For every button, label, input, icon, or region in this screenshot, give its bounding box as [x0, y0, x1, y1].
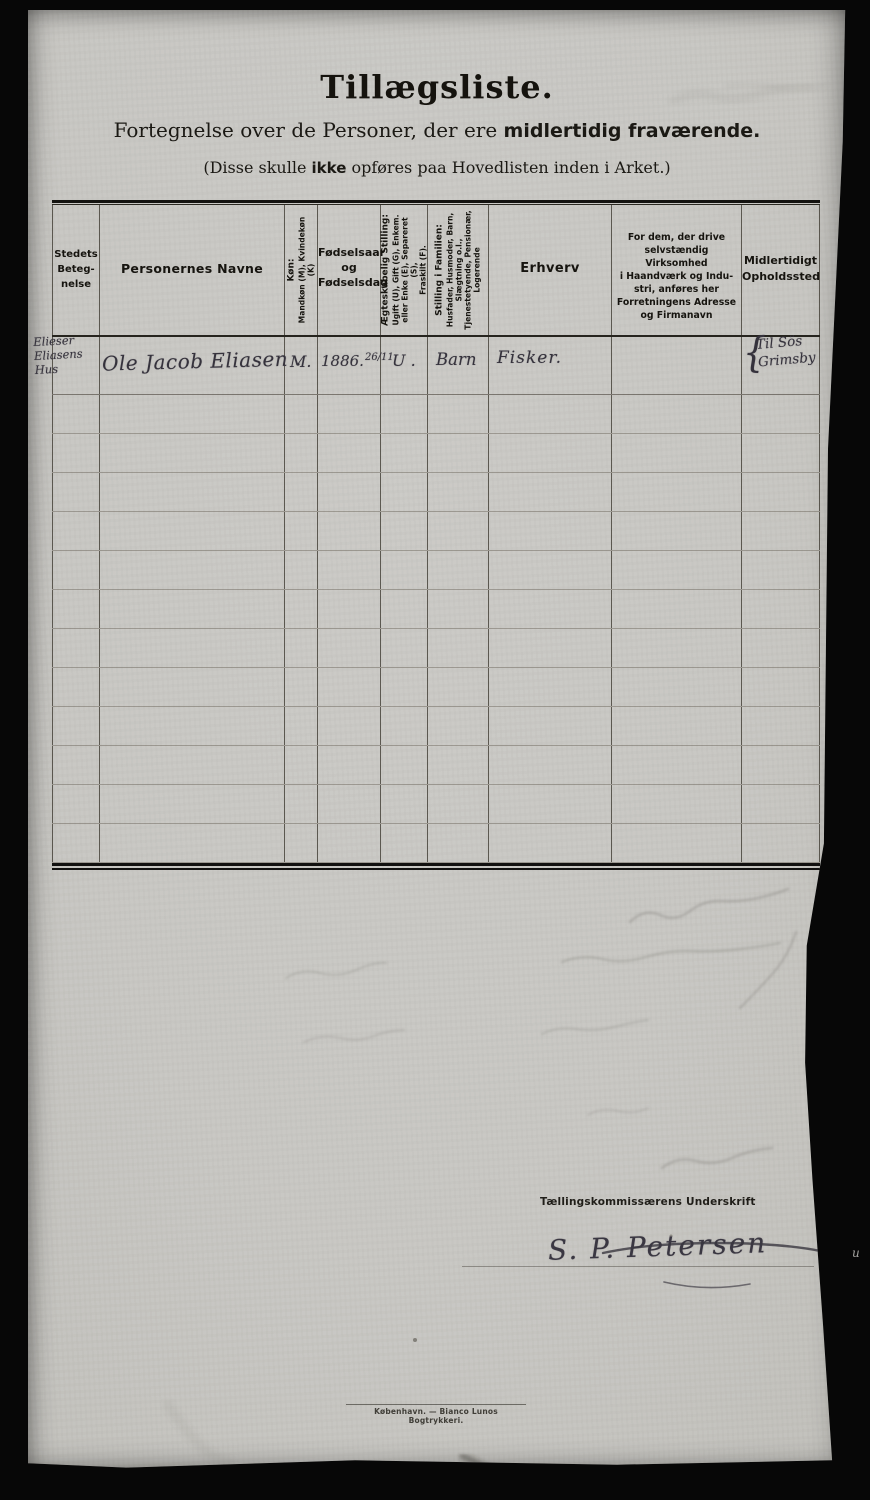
empty-cell	[612, 824, 742, 862]
empty-cell	[742, 707, 820, 745]
form-subtitle: Fortegnelse over de Personer, der ere mi…	[28, 118, 846, 142]
empty-cell	[318, 473, 381, 511]
empty-cell	[381, 590, 428, 628]
subtitle-emphasis: midlertidig fraværende.	[504, 120, 761, 142]
empty-cell	[100, 551, 285, 589]
empty-table-row	[52, 512, 820, 551]
header-business: For dem, der drive selvstændig Virksomhe…	[612, 205, 742, 335]
empty-cell	[428, 434, 489, 472]
empty-cell	[285, 668, 318, 706]
header-marital: Ægteskabelig Stilling: Ugift (U), Gift (…	[381, 205, 428, 335]
empty-cell	[100, 629, 285, 667]
empty-cell	[285, 629, 318, 667]
scan-margin-mark: u	[852, 1246, 860, 1260]
empty-cell	[52, 551, 100, 589]
empty-cell	[428, 785, 489, 823]
empty-cell	[381, 668, 428, 706]
empty-cell	[612, 668, 742, 706]
entry-occupation-value: Fisker.	[497, 348, 562, 368]
empty-cell	[100, 512, 285, 550]
empty-cell	[52, 629, 100, 667]
header-family: Stilling i Familien: Husfader, Husmoder,…	[428, 205, 489, 335]
empty-cell	[318, 551, 381, 589]
empty-cell	[318, 785, 381, 823]
empty-cell	[100, 668, 285, 706]
empty-cell	[285, 473, 318, 511]
empty-cell	[381, 551, 428, 589]
empty-cell	[742, 434, 820, 472]
empty-cell	[52, 512, 100, 550]
empty-cell	[100, 590, 285, 628]
empty-cell	[489, 512, 612, 550]
subtitle-regular: Fortegnelse over de Personer, der ere	[114, 118, 498, 142]
empty-cell	[318, 629, 381, 667]
header-business-line: Forretningens Adresse	[617, 297, 736, 308]
empty-cell	[381, 512, 428, 550]
empty-table-row	[52, 824, 820, 863]
empty-cell	[318, 668, 381, 706]
empty-cell	[489, 434, 612, 472]
entry-marital-cell: U .	[381, 337, 428, 394]
empty-table-row	[52, 629, 820, 668]
empty-cell	[489, 707, 612, 745]
empty-cell	[52, 395, 100, 433]
empty-cell	[100, 707, 285, 745]
empty-cell	[489, 473, 612, 511]
entry-business-cell	[612, 337, 742, 394]
empty-cell	[318, 707, 381, 745]
empty-cell	[285, 707, 318, 745]
entry-marital-value: U .	[392, 351, 416, 370]
empty-cell	[318, 824, 381, 862]
header-family-rotated: Stilling i Familien: Husfader, Husmoder,…	[435, 209, 482, 331]
entry-family-cell: Barn	[428, 337, 489, 394]
empty-cell	[285, 824, 318, 862]
entry-birth-cell: 1886.26/11.	[318, 337, 381, 394]
empty-cell	[612, 629, 742, 667]
empty-cell	[52, 707, 100, 745]
empty-table-row	[52, 668, 820, 707]
empty-cell	[742, 785, 820, 823]
empty-cell	[318, 512, 381, 550]
header-business-line: i Haandværk og Indu-	[620, 271, 733, 282]
header-place-line: nelse	[61, 279, 91, 290]
empty-table-row	[52, 551, 820, 590]
entry-occupation-cell: Fisker.	[489, 337, 612, 394]
empty-cell	[52, 473, 100, 511]
header-place: Stedets Beteg- nelse	[52, 205, 100, 335]
header-birth: Fødselsaar og Fødselsdag	[318, 205, 381, 335]
empty-cell	[489, 668, 612, 706]
empty-cell	[428, 551, 489, 589]
printer-imprint: København. — Bianco Lunos Bogtrykkeri.	[346, 1404, 526, 1425]
empty-cell	[742, 746, 820, 784]
empty-cell	[285, 512, 318, 550]
header-business-line: stri, anføres her	[634, 284, 719, 295]
empty-cell	[428, 746, 489, 784]
empty-cell	[100, 824, 285, 862]
empty-cell	[381, 473, 428, 511]
empty-cell	[381, 707, 428, 745]
empty-cell	[381, 434, 428, 472]
empty-cell	[612, 785, 742, 823]
empty-cell	[742, 551, 820, 589]
entry-sex-cell: M.	[285, 337, 318, 394]
empty-cell	[285, 434, 318, 472]
header-birth-line: Fødselsdag	[318, 276, 388, 289]
header-birth-line: Fødselsaar	[318, 246, 385, 259]
header-whereabouts-line: Opholdssted	[742, 270, 820, 283]
signature-label: Tællingskommissærens Underskrift	[540, 1196, 756, 1208]
empty-cell	[612, 746, 742, 784]
empty-table-row	[52, 473, 820, 512]
header-occupation: Erhverv	[489, 205, 612, 335]
empty-table-row	[52, 590, 820, 629]
header-business-line: For dem, der drive	[628, 232, 725, 243]
entry-name-cell: Ole Jacob Eliasen .	[100, 337, 285, 394]
empty-cell	[428, 668, 489, 706]
empty-cell	[52, 434, 100, 472]
empty-cell	[52, 590, 100, 628]
empty-cell	[612, 590, 742, 628]
empty-cell	[318, 590, 381, 628]
empty-cell	[428, 629, 489, 667]
empty-cell	[428, 473, 489, 511]
header-birth-line: og	[341, 261, 356, 274]
empty-cell	[381, 746, 428, 784]
form-instruction: (Disse skulle ikke opføres paa Hovedlist…	[28, 158, 846, 177]
empty-cell	[742, 668, 820, 706]
header-business-line: og Firmanavn	[641, 310, 713, 321]
empty-cell	[381, 395, 428, 433]
header-sex-rotated: Køn: Mandkøn (M), Kvindekøn (K)	[287, 209, 316, 331]
empty-cell	[381, 824, 428, 862]
entry-sex-value: M.	[290, 352, 311, 371]
header-place-line: Stedets	[54, 249, 97, 260]
empty-cell	[428, 707, 489, 745]
empty-table-row	[52, 785, 820, 824]
entry-whereabouts-cell: { Til Sös Grimsby	[742, 337, 820, 394]
empty-cell	[742, 512, 820, 550]
empty-cell	[100, 746, 285, 784]
empty-cell	[428, 512, 489, 550]
empty-table-row	[52, 707, 820, 746]
header-business-line: selvstændig Virksomhed	[645, 245, 709, 269]
entry-name-value: Ole Jacob Eliasen .	[102, 346, 302, 375]
empty-table-row	[52, 434, 820, 473]
empty-cell	[489, 785, 612, 823]
table-bottom-rule	[52, 863, 820, 870]
empty-cell	[52, 746, 100, 784]
paper-sheet: Tillægsliste. Fortegnelse over de Person…	[28, 10, 846, 1472]
header-place-line: Beteg-	[57, 264, 94, 275]
form-title: Tillægsliste.	[28, 68, 846, 106]
empty-cell	[742, 824, 820, 862]
empty-cell	[489, 395, 612, 433]
entry-row: Elieser Eliasens Hus Ole Jacob Eliasen .…	[52, 337, 820, 395]
scanned-census-form: { "document": { "title": "Tillægsliste."…	[0, 0, 870, 1500]
empty-cell	[489, 629, 612, 667]
empty-cell	[612, 395, 742, 433]
instruction-post: opføres paa Hovedlisten inden i Arket.)	[351, 158, 670, 177]
entry-whereabouts-line1: Til Sös	[755, 333, 802, 353]
census-table: Stedets Beteg- nelse Personernes Navne K…	[52, 200, 820, 870]
empty-cell	[428, 824, 489, 862]
entry-whereabouts-line2: Grimsby	[757, 350, 816, 371]
empty-cell	[489, 824, 612, 862]
entry-family-value: Barn	[436, 350, 476, 369]
empty-cell	[742, 395, 820, 433]
empty-cell	[52, 668, 100, 706]
instruction-pre: (Disse skulle	[203, 158, 306, 177]
empty-rows-container	[52, 395, 820, 863]
empty-cell	[100, 785, 285, 823]
empty-table-row	[52, 746, 820, 785]
header-marital-rotated: Ægteskabelig Stilling: Ugift (U), Gift (…	[381, 209, 428, 331]
empty-cell	[742, 473, 820, 511]
header-whereabouts: Midlertidigt Opholdssted	[742, 205, 820, 335]
empty-cell	[285, 395, 318, 433]
table-header-row: Stedets Beteg- nelse Personernes Navne K…	[52, 205, 820, 337]
header-names: Personernes Navne	[100, 205, 285, 335]
empty-cell	[489, 551, 612, 589]
empty-cell	[318, 746, 381, 784]
empty-cell	[318, 434, 381, 472]
empty-cell	[428, 590, 489, 628]
empty-cell	[742, 629, 820, 667]
empty-cell	[52, 785, 100, 823]
signature-baseline	[462, 1266, 814, 1267]
empty-cell	[612, 434, 742, 472]
ink-speck	[413, 1338, 417, 1342]
empty-cell	[612, 473, 742, 511]
header-whereabouts-line: Midlertidigt	[744, 254, 817, 267]
empty-cell	[100, 395, 285, 433]
empty-cell	[612, 707, 742, 745]
instruction-emphasis: ikke	[312, 159, 347, 177]
empty-cell	[285, 746, 318, 784]
empty-cell	[489, 746, 612, 784]
commissioner-signature: S. P. Petersen	[547, 1226, 767, 1267]
empty-cell	[318, 395, 381, 433]
empty-cell	[52, 824, 100, 862]
empty-cell	[100, 434, 285, 472]
header-sex: Køn: Mandkøn (M), Kvindekøn (K)	[285, 205, 318, 335]
entry-place-cell: Elieser Eliasens Hus	[52, 337, 100, 394]
empty-cell	[489, 590, 612, 628]
empty-cell	[612, 512, 742, 550]
empty-cell	[428, 395, 489, 433]
empty-table-row	[52, 395, 820, 434]
empty-cell	[100, 473, 285, 511]
empty-cell	[612, 551, 742, 589]
empty-cell	[381, 629, 428, 667]
empty-cell	[285, 551, 318, 589]
empty-cell	[381, 785, 428, 823]
empty-cell	[742, 590, 820, 628]
empty-cell	[285, 785, 318, 823]
empty-cell	[285, 590, 318, 628]
